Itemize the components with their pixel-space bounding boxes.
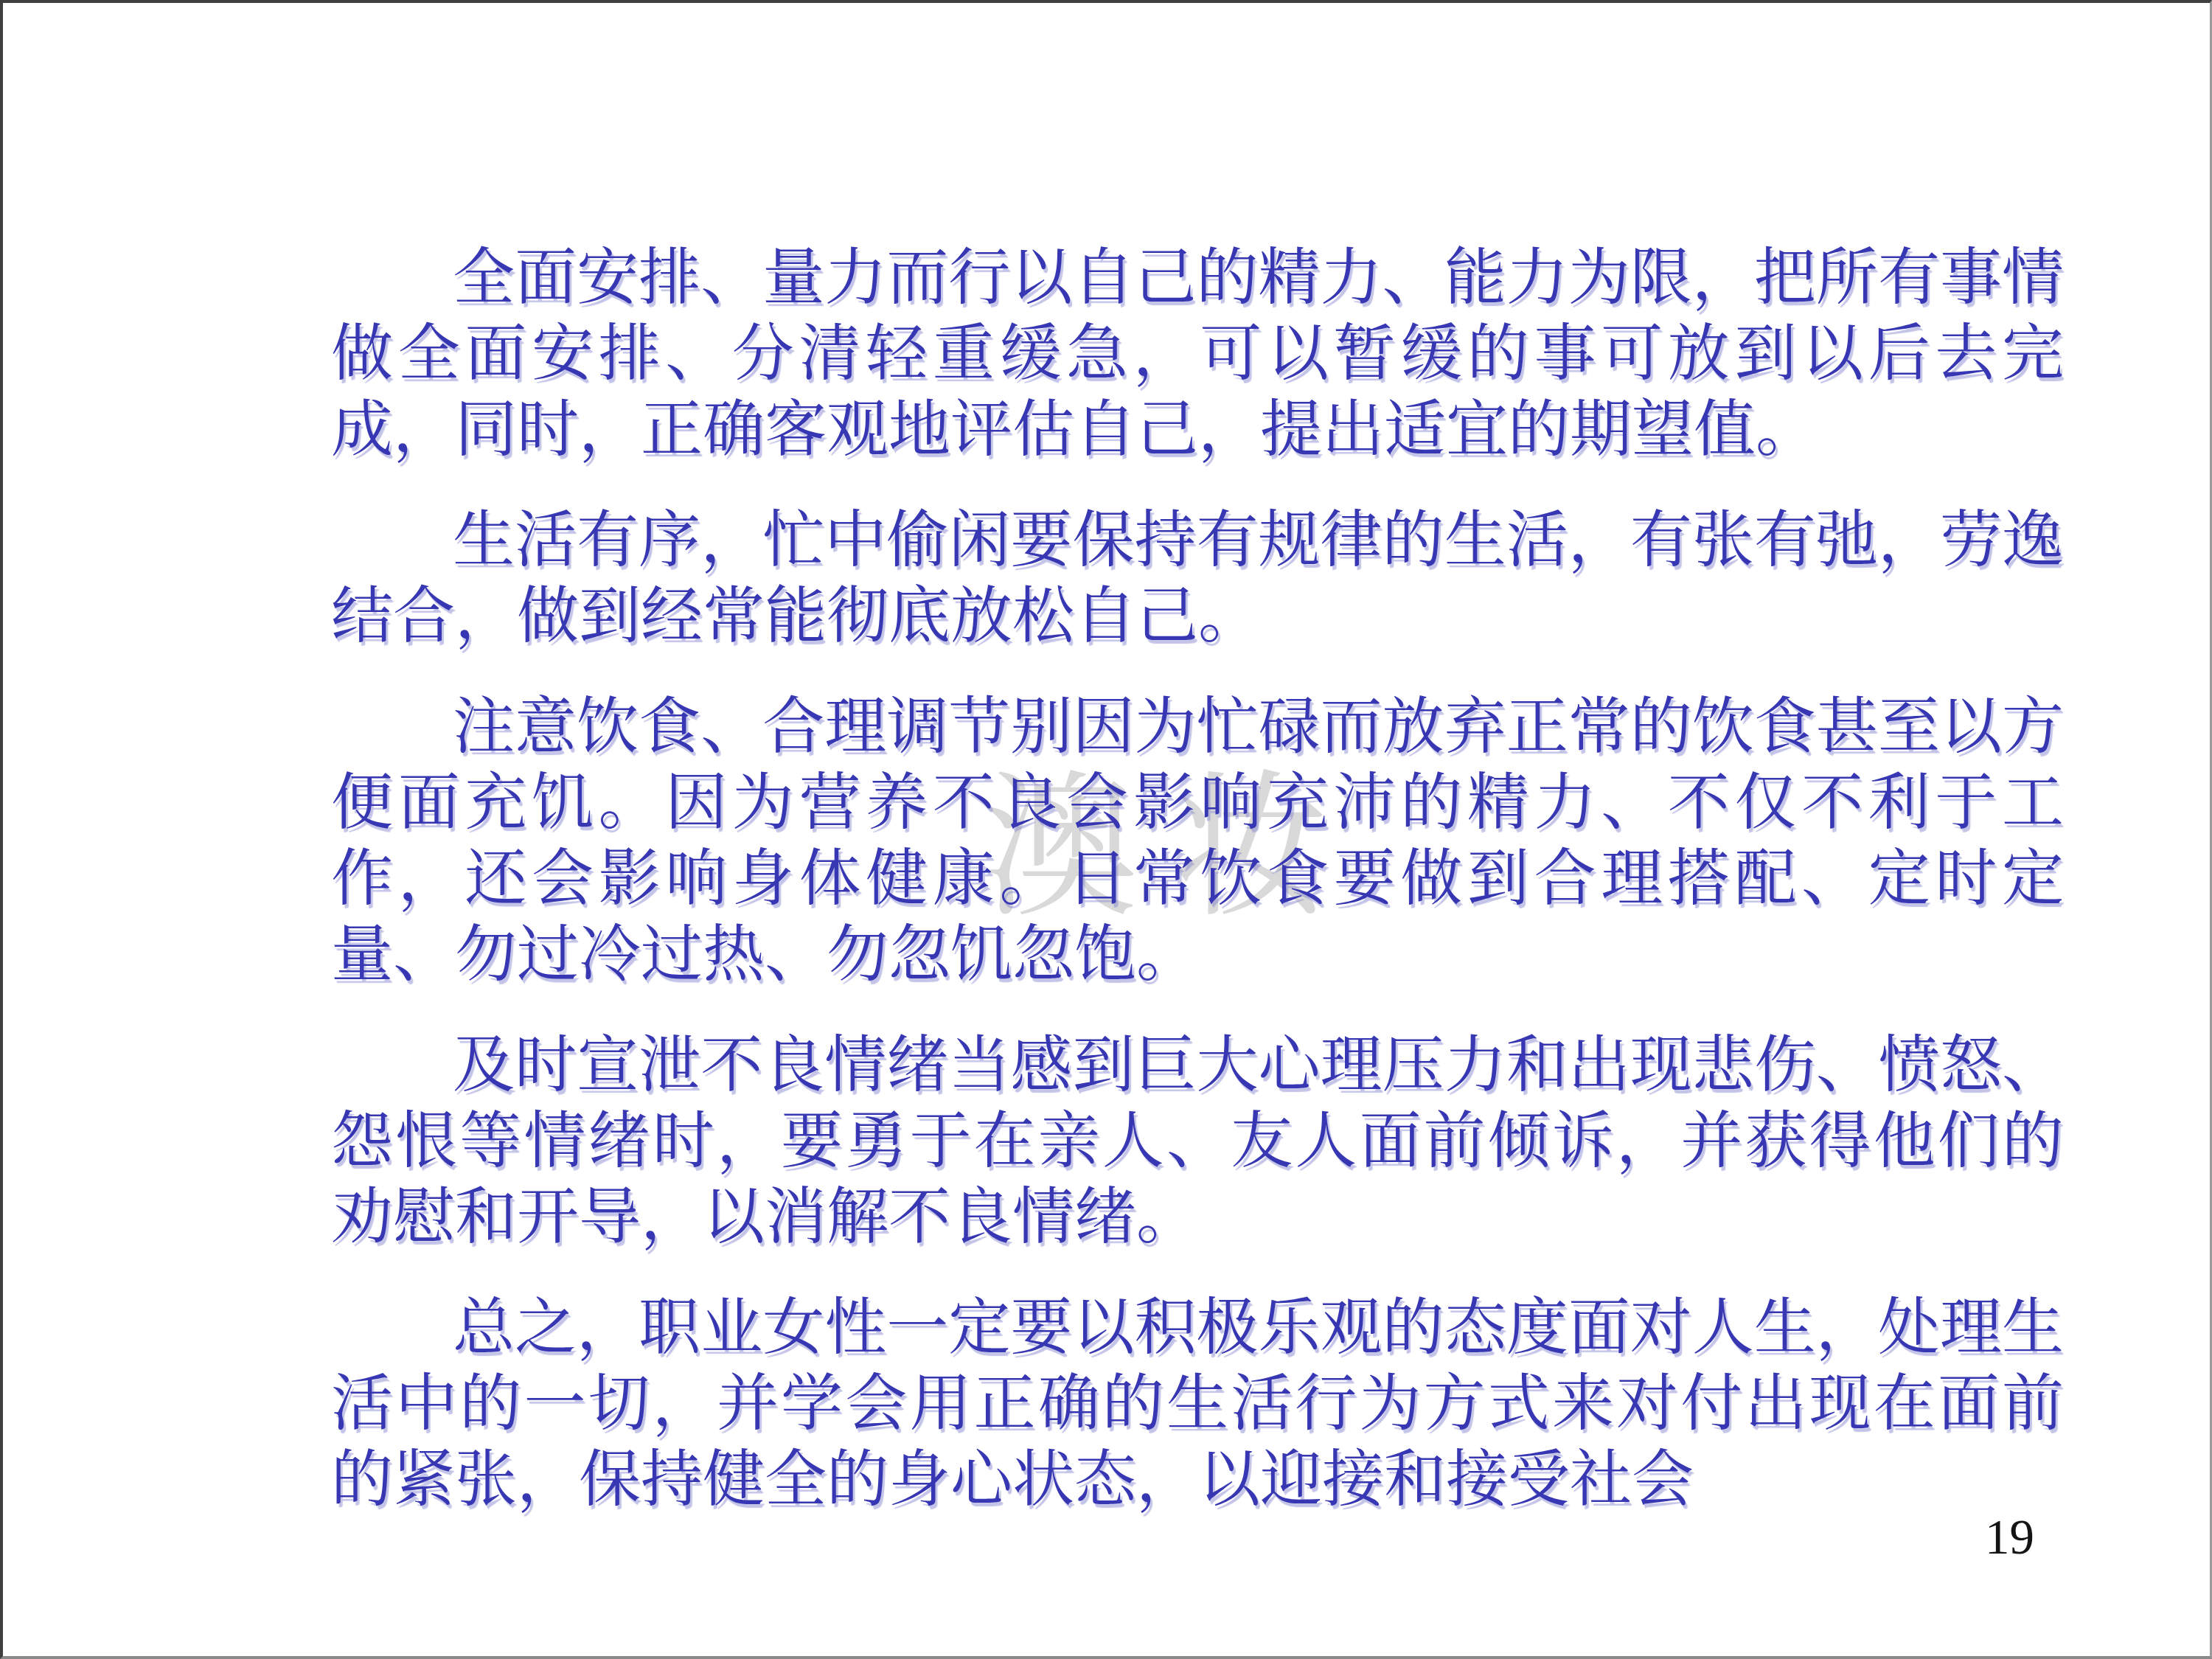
paragraph-conclusion: 总之，职业女性一定要以积极乐观的态度面对人生，处理生活中的一切，并学会用正确的生… <box>331 1290 2064 1518</box>
paragraph-diet: 注意饮食、合理调节别因为忙碌而放弃正常的饮食甚至以方便面充饥。因为营养不良会影响… <box>331 689 2064 993</box>
paragraph-overall-arrangement: 全面安排、量力而行以自己的精力、能力为限，把所有事情做全面安排、分清轻重缓急，可… <box>331 240 2064 468</box>
paragraph-orderly-life: 生活有序，忙中偷闲要保持有规律的生活，有张有弛，劳逸结合，做到经常能彻底放松自己… <box>331 503 2064 655</box>
body-text: 全面安排、量力而行以自己的精力、能力为限，把所有事情做全面安排、分清轻重缓急，可… <box>331 240 2064 1553</box>
paragraph-release-emotions: 及时宣泄不良情绪当感到巨大心理压力和出现悲伤、愤怒、怨恨等情绪时，要勇于在亲人、… <box>331 1028 2064 1256</box>
slide-page: 澳妆 全面安排、量力而行以自己的精力、能力为限，把所有事情做全面安排、分清轻重缓… <box>0 0 2212 1659</box>
page-number: 19 <box>1985 1513 2034 1562</box>
